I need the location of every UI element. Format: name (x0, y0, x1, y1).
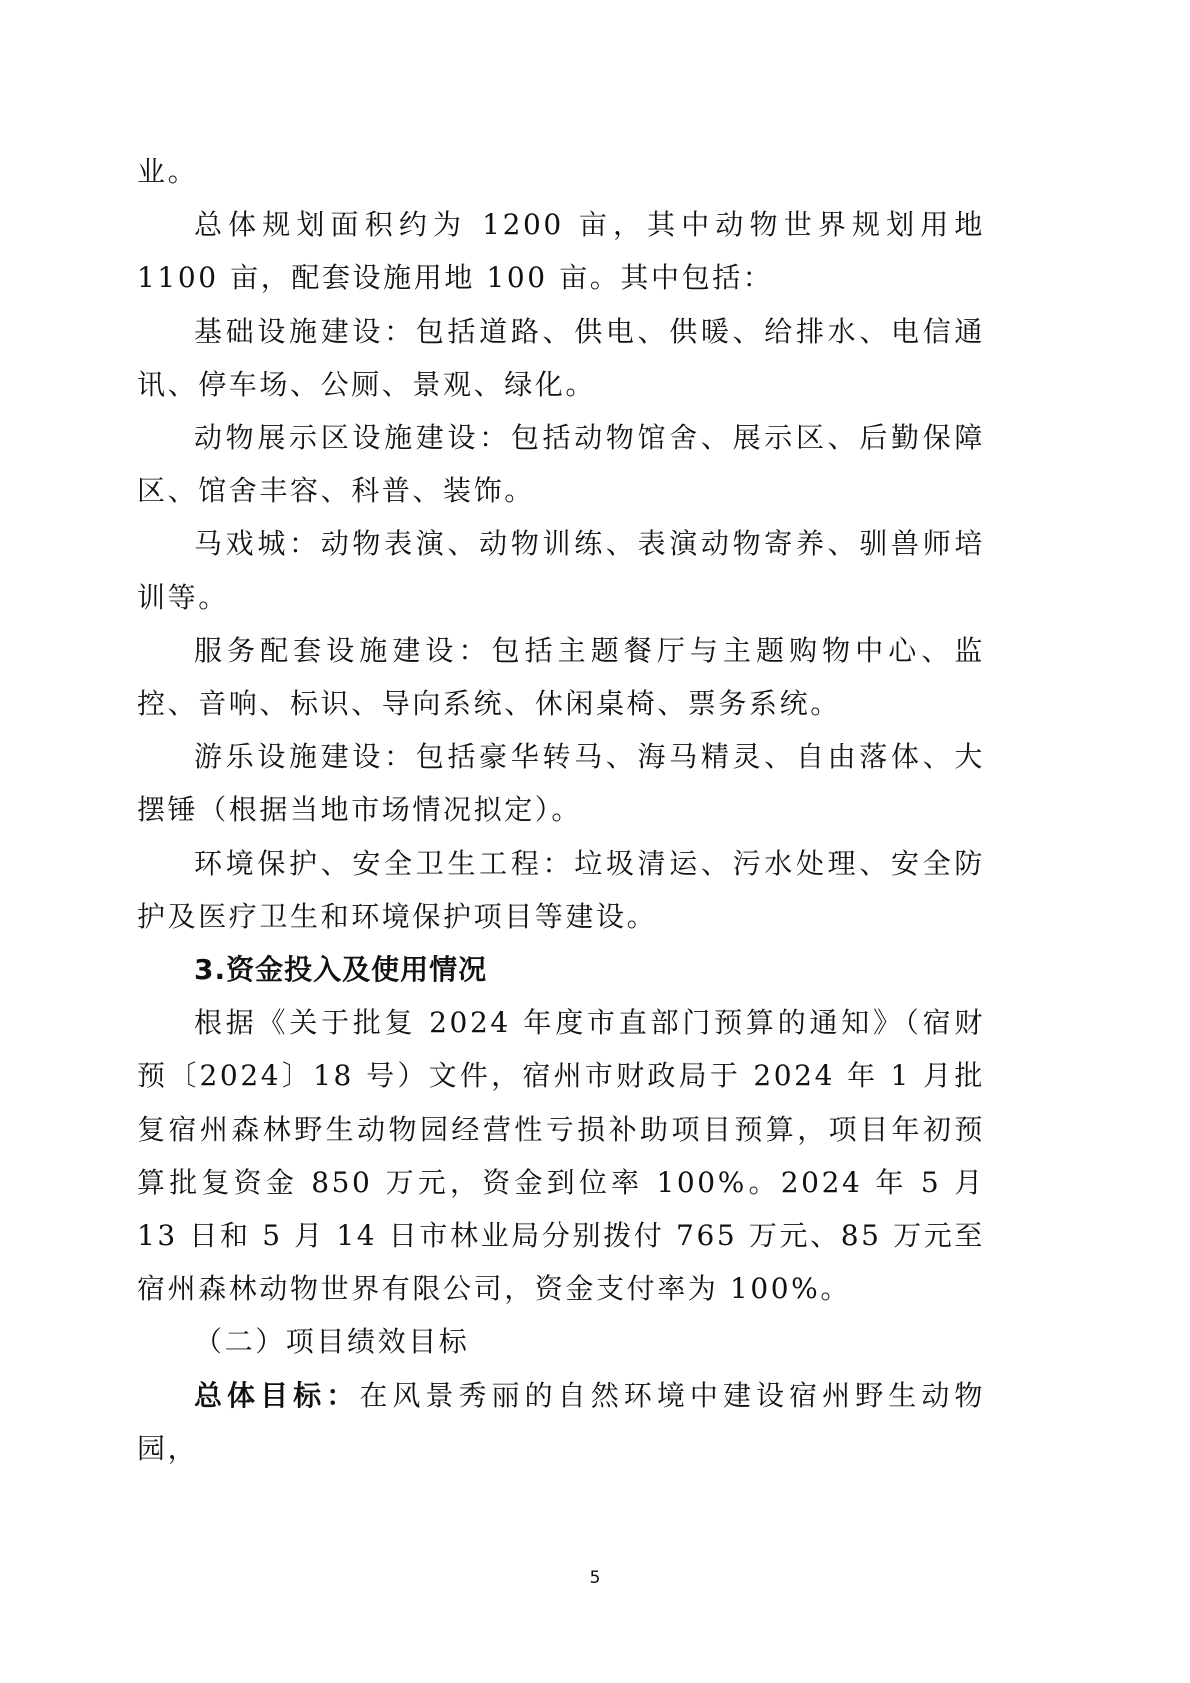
document-body: 业。 总体规划面积约为 1200 亩，其中动物世界规划用地 1100 亩，配套设… (137, 145, 985, 1475)
paragraph-environment-safety: 环境保护、安全卫生工程：垃圾清运、污水处理、安全防护及医疗卫生和环境保护项目等建… (137, 837, 985, 943)
page-number: 5 (0, 1568, 1190, 1588)
paragraph-amusement-facilities: 游乐设施建设：包括豪华转马、海马精灵、自由落体、大摆锤（根据当地市场情况拟定）。 (137, 730, 985, 836)
paragraph-overall-goal: 总体目标：在风景秀丽的自然环境中建设宿州野生动物园， (137, 1369, 985, 1475)
paragraph-planning-area: 总体规划面积约为 1200 亩，其中动物世界规划用地 1100 亩，配套设施用地… (137, 198, 985, 304)
paragraph-circus: 马戏城：动物表演、动物训练、表演动物寄养、驯兽师培训等。 (137, 517, 985, 623)
paragraph-animal-exhibit: 动物展示区设施建设：包括动物馆舍、展示区、后勤保障区、馆舍丰容、科普、装饰。 (137, 411, 985, 517)
paragraph-infrastructure: 基础设施建设：包括道路、供电、供暖、给排水、电信通讯、停车场、公厕、景观、绿化。 (137, 305, 985, 411)
document-page: 业。 总体规划面积约为 1200 亩，其中动物世界规划用地 1100 亩，配套设… (0, 0, 1190, 1683)
section-heading-funding: 3.资金投入及使用情况 (137, 943, 985, 996)
section-heading-performance-goals: （二）项目绩效目标 (137, 1315, 985, 1368)
paragraph-service-facilities: 服务配套设施建设：包括主题餐厅与主题购物中心、监控、音响、标识、导向系统、休闲桌… (137, 624, 985, 730)
paragraph-funding-details: 根据《关于批复 2024 年度市直部门预算的通知》（宿财预〔2024〕18 号）… (137, 996, 985, 1315)
paragraph-continuation: 业。 (137, 145, 985, 198)
overall-goal-label: 总体目标： (194, 1379, 359, 1412)
